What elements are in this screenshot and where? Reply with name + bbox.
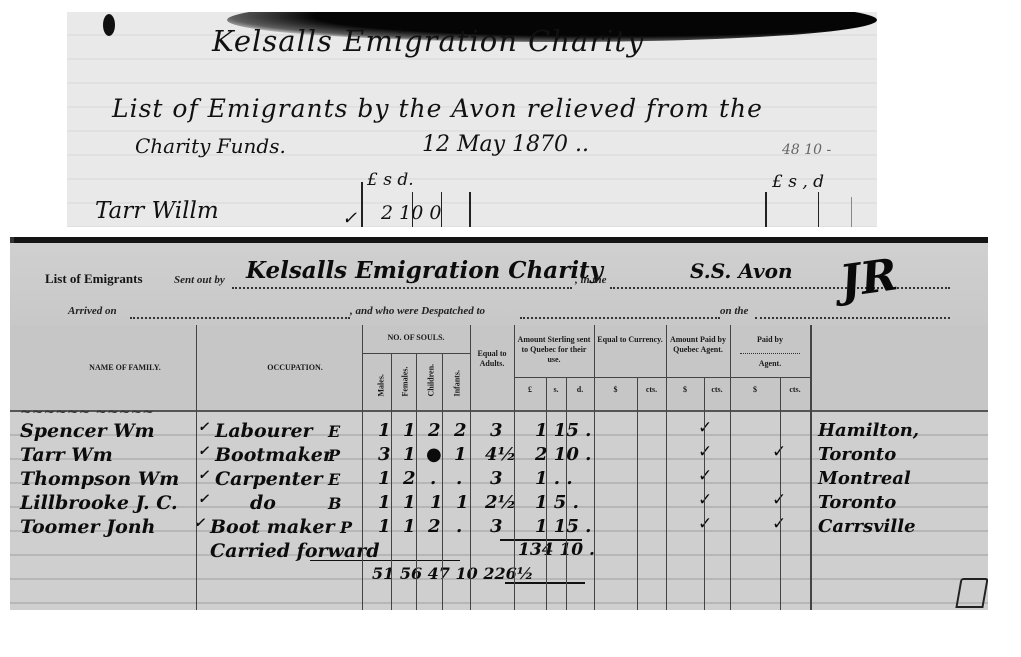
- form-heading-title: List of Emigrants: [45, 271, 143, 287]
- carried-forward-label: Carried forward: [210, 540, 379, 562]
- row-5-occupation: Boot maker: [210, 516, 334, 538]
- table-body: ~~~~~~ ~~~~~ Spencer Wm ✓ Labourer E 1 1…: [10, 412, 988, 610]
- row-1-females: 1: [403, 420, 416, 441]
- row-5-children: 2: [428, 516, 441, 537]
- row-5-paid-check: ✓: [698, 514, 712, 534]
- row-5-sterling: 1 15 .: [535, 516, 591, 537]
- table-header: NAME OF FAMILY. OCCUPATION. NO. OF SOULS…: [10, 325, 988, 412]
- row-5-males: 1: [378, 516, 391, 537]
- dotted-line: [232, 287, 572, 289]
- row-2-occupation: Bootmaker: [215, 444, 333, 466]
- row-3-destination: Montreal: [818, 468, 911, 489]
- row-1-paid-check: ✓: [698, 418, 712, 438]
- col-agent-cents: cts.: [780, 385, 810, 395]
- col-occupation: OCCUPATION.: [230, 363, 360, 373]
- col-equal-to-adults: Equal to Adults.: [472, 349, 512, 369]
- dotted-line: [130, 317, 350, 319]
- partial-row: ~~~~~~ ~~~~~: [20, 404, 154, 420]
- column-rule: [637, 377, 638, 610]
- row-3-children: .: [430, 468, 436, 489]
- sent-out-by-label: Sent out by: [174, 274, 225, 286]
- row-1-name: Spencer Wm: [20, 420, 155, 442]
- arrived-on-label: Arrived on: [68, 305, 117, 317]
- col-shillings: s.: [546, 385, 566, 395]
- row-2-females: 1: [403, 444, 416, 465]
- row-1-adults: 3: [490, 420, 503, 441]
- col-equal-to-currency: Equal to Currency.: [596, 335, 664, 345]
- ledger-rule: [765, 192, 767, 227]
- row-4-females: 1: [403, 492, 416, 513]
- row-1-children: 2: [428, 420, 441, 441]
- row-5-adults: 3: [490, 516, 503, 537]
- column-rule: [362, 325, 363, 610]
- row-4-males: 1: [378, 492, 391, 513]
- column-rule: [594, 325, 595, 610]
- row-4-adults: 2½: [485, 492, 516, 513]
- row-mark: ✓: [198, 492, 209, 507]
- currency-header-right: £ s , d: [772, 172, 824, 192]
- row-3-mark: E: [328, 470, 340, 489]
- row-3-males: 1: [378, 468, 391, 489]
- carried-forward-amount: 134 10 .: [518, 540, 595, 560]
- ledger-rule: [818, 192, 819, 227]
- dotted-line: [740, 353, 800, 354]
- row-5-destination: Carrsville: [818, 516, 916, 537]
- row-1-males: 1: [378, 420, 391, 441]
- row-mark: ✓: [198, 468, 209, 483]
- row-3-name: Thompson Wm: [20, 468, 179, 490]
- row-3-females: 2: [403, 468, 416, 489]
- column-rule: [196, 325, 197, 610]
- col-currency-dollars: $: [594, 385, 637, 395]
- signature-initials: JR: [837, 249, 901, 307]
- col-paid-cents: cts.: [704, 385, 730, 395]
- ledger-rule: [469, 192, 471, 227]
- on-the-label: on the: [720, 305, 748, 317]
- column-rule: [730, 325, 731, 610]
- ledger-rule: [851, 197, 852, 227]
- row-5-name: Toomer Jonh: [20, 516, 155, 538]
- dotted-line: [755, 317, 950, 319]
- page-corner-fold: [955, 578, 988, 608]
- row-4-destination: Toronto: [818, 492, 896, 513]
- column-rule: [391, 353, 392, 610]
- col-paid-by: Paid by: [732, 335, 808, 345]
- ledger-date: 12 May 1870 ..: [422, 132, 589, 157]
- sent-out-by-value: Kelsalls Emigration Charity: [246, 257, 603, 284]
- currency-header-left: £ s d.: [367, 170, 414, 190]
- row-2-sterling: 2 10 .: [535, 444, 591, 465]
- row-4-infants: 1: [456, 492, 469, 513]
- row-4-occupation: do: [250, 492, 276, 514]
- ledger-subtitle-line1: List of Emigrants by the Avon relieved f…: [112, 94, 763, 123]
- row-3-occupation: Carpenter: [215, 468, 323, 490]
- row-2-adults: 4½: [485, 444, 516, 465]
- row-1-sterling: 1 15 .: [535, 420, 591, 441]
- souls-totals: 51 56 47 10 226½: [372, 564, 533, 583]
- row-4-children: 1: [430, 492, 443, 513]
- row-2-name: Tarr Wm: [20, 444, 113, 466]
- col-no-of-souls: NO. OF SOULS.: [362, 333, 470, 343]
- col-infants: Infants.: [453, 367, 462, 397]
- ledger-subtitle-line2: Charity Funds.: [135, 134, 286, 158]
- col-name-of-family: NAME OF FAMILY.: [60, 363, 190, 373]
- ledger-rule: [441, 192, 442, 227]
- in-the-label: , in the: [575, 274, 606, 286]
- header-divider: [514, 377, 810, 378]
- row-1-mark: E: [328, 422, 340, 441]
- despatched-label: , and who were Despatched to: [350, 305, 485, 317]
- col-agent-dollars: $: [730, 385, 780, 395]
- form-heading: List of Emigrants Sent out by Kelsalls E…: [10, 243, 988, 327]
- ledger-rule: [361, 182, 363, 227]
- col-amount-paid: Amount Paid by Quebec Agent.: [668, 335, 728, 355]
- emigrant-form-scan: List of Emigrants Sent out by Kelsalls E…: [10, 237, 988, 610]
- row-2-infants: 1: [454, 444, 467, 465]
- column-rule: [810, 325, 812, 610]
- column-rule: [470, 325, 471, 610]
- col-males: Males.: [377, 367, 386, 397]
- row-4-paid-check: ✓: [698, 490, 712, 510]
- totals-underline: [505, 582, 585, 584]
- ink-dot: [103, 14, 115, 36]
- row-2-children: ●: [426, 444, 442, 465]
- col-currency-cents: cts.: [637, 385, 666, 395]
- margin-note: 48 10 -: [782, 142, 831, 158]
- column-rule: [514, 325, 515, 610]
- row-4-name: Lillbrooke J. C.: [20, 492, 178, 514]
- col-females: Females.: [401, 367, 410, 397]
- row-3-infants: .: [456, 468, 462, 489]
- column-rule: [780, 377, 781, 610]
- row-1-occupation: Labourer: [215, 420, 313, 442]
- ledger-title: Kelsalls Emigration Charity: [212, 24, 644, 58]
- column-rule: [566, 377, 567, 610]
- row-2-males: 3: [378, 444, 391, 465]
- carried-forward-underline: [310, 560, 460, 561]
- row-4-sterling: 1 5 .: [535, 492, 579, 513]
- column-rule: [666, 325, 667, 610]
- col-amount-sterling: Amount Sterling sent to Quebec for their…: [516, 335, 592, 365]
- row-2-destination: Toronto: [818, 444, 896, 465]
- row-2-paid-check: ✓: [698, 442, 712, 462]
- ship-name: S.S. Avon: [690, 259, 793, 283]
- dotted-line: [520, 317, 720, 319]
- row-5-females: 1: [403, 516, 416, 537]
- ledger-entry-name: Tarr Willm: [95, 198, 219, 224]
- row-mark: ✓: [198, 444, 209, 459]
- row-1-destination: Hamilton,: [818, 420, 919, 441]
- ledger-page-scan: Kelsalls Emigration Charity List of Emig…: [67, 12, 877, 227]
- row-1-infants: 2: [454, 420, 467, 441]
- row-3-adults: 3: [490, 468, 503, 489]
- col-pence: d.: [566, 385, 594, 395]
- ledger-entry-tick: ✓: [342, 208, 357, 227]
- col-paid-by-agent: Agent.: [732, 359, 808, 369]
- row-2-mark: P: [328, 446, 340, 465]
- row-5-mark: P: [340, 518, 352, 537]
- column-rule: [546, 377, 547, 610]
- column-rule: [442, 353, 443, 610]
- row-mark: ✓: [198, 420, 209, 435]
- ledger-rule: [412, 192, 413, 227]
- column-rule: [416, 353, 417, 610]
- row-3-paid-check: ✓: [698, 466, 712, 486]
- column-rule: [704, 377, 705, 610]
- col-pounds: £: [514, 385, 546, 395]
- col-children: Children.: [427, 367, 436, 397]
- row-4-mark: B: [328, 494, 342, 513]
- row-5-infants: .: [456, 516, 462, 537]
- col-paid-dollars: $: [666, 385, 704, 395]
